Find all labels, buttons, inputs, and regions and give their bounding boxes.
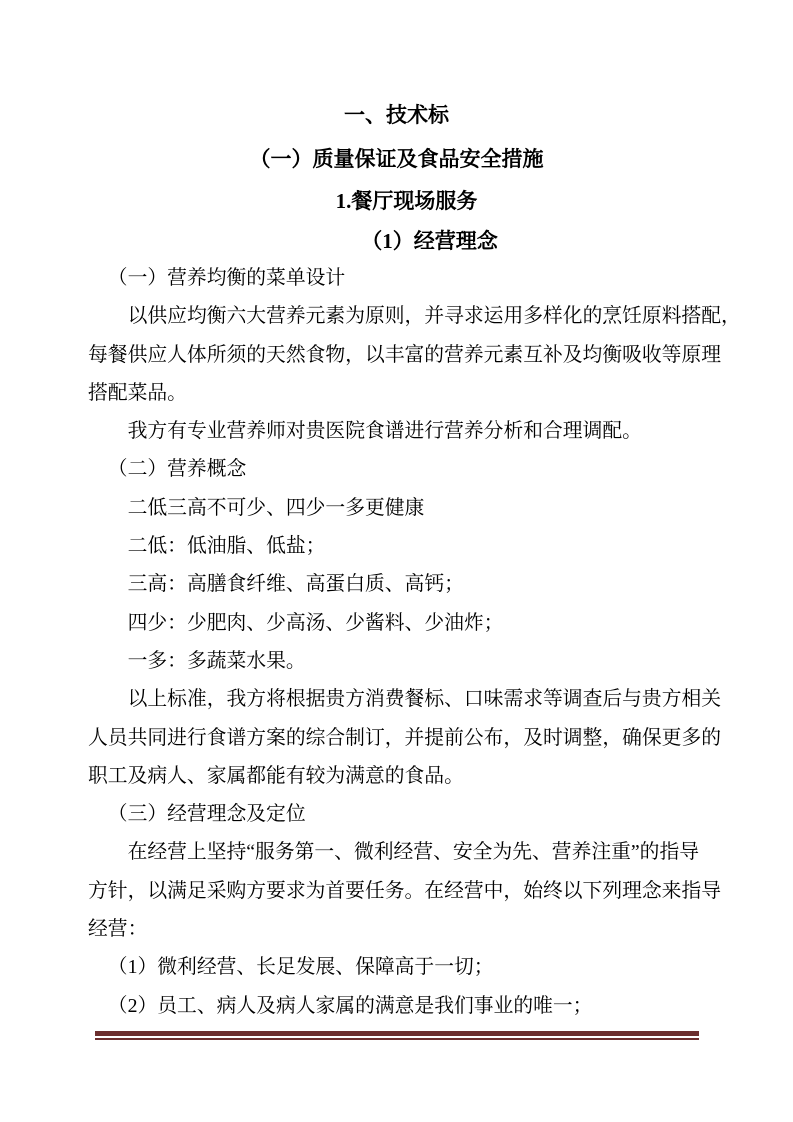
body-line: 一多：多蔬菜水果。 bbox=[88, 642, 705, 680]
section-heading-quality-safety: （一）质量保证及食品安全措施 bbox=[0, 141, 793, 177]
body-line: （三）经营理念及定位 bbox=[88, 795, 705, 833]
body-line: 四少：少肥肉、少高汤、少酱料、少油炸； bbox=[88, 604, 705, 642]
body-line: 二低三高不可少、四少一多更健康 bbox=[88, 489, 705, 527]
doc-title: 一、技术标 bbox=[0, 0, 793, 133]
body-line: 每餐供应人体所须的天然食物，以丰富的营养元素互补及均衡吸收等原理 bbox=[88, 336, 705, 374]
body-line: 三高：高膳食纤维、高蛋白质、高钙； bbox=[88, 565, 705, 603]
body-line: 以供应均衡六大营养元素为原则，并寻求运用多样化的烹饪原料搭配， bbox=[88, 297, 705, 335]
footer-rule-thin bbox=[95, 1038, 699, 1040]
body-line: （1）微利经营、长足发展、保障高于一切； bbox=[88, 948, 705, 986]
body-line: 方针，以满足采购方要求为首要任务。在经营中，始终以下列理念来指导 bbox=[88, 872, 705, 910]
footer-rule-thick bbox=[95, 1031, 699, 1036]
body-line: 人员共同进行食谱方案的综合制订，并提前公布，及时调整，确保更多的 bbox=[88, 719, 705, 757]
body-line: （二）营养概念 bbox=[88, 450, 705, 488]
body-line: （2）员工、病人及病人家属的满意是我们事业的唯一； bbox=[88, 987, 705, 1025]
body-line: 经营： bbox=[88, 910, 705, 948]
body-line: 以上标准，我方将根据贵方消费餐标、口味需求等调查后与贵方相关 bbox=[88, 680, 705, 718]
body-line: 搭配菜品。 bbox=[88, 374, 705, 412]
subsection-heading-dining-service: 1.餐厅现场服务 bbox=[0, 183, 793, 219]
body-line: 二低：低油脂、低盐； bbox=[88, 527, 705, 565]
body-line: （一）营养均衡的菜单设计 bbox=[88, 259, 705, 297]
document-body: （一）营养均衡的菜单设计以供应均衡六大营养元素为原则，并寻求运用多样化的烹饪原料… bbox=[88, 259, 705, 1025]
document-page: 一、技术标 （一）质量保证及食品安全措施 1.餐厅现场服务 （1）经营理念 （一… bbox=[0, 0, 793, 1122]
body-line: 职工及病人、家属都能有较为满意的食品。 bbox=[88, 757, 705, 795]
subsection-heading-business-philosophy: （1）经营理念 bbox=[0, 223, 793, 259]
body-line: 在经营上坚持“服务第一、微利经营、安全为先、营养注重”的指导 bbox=[88, 833, 705, 871]
body-line: 我方有专业营养师对贵医院食谱进行营养分析和合理调配。 bbox=[88, 412, 705, 450]
